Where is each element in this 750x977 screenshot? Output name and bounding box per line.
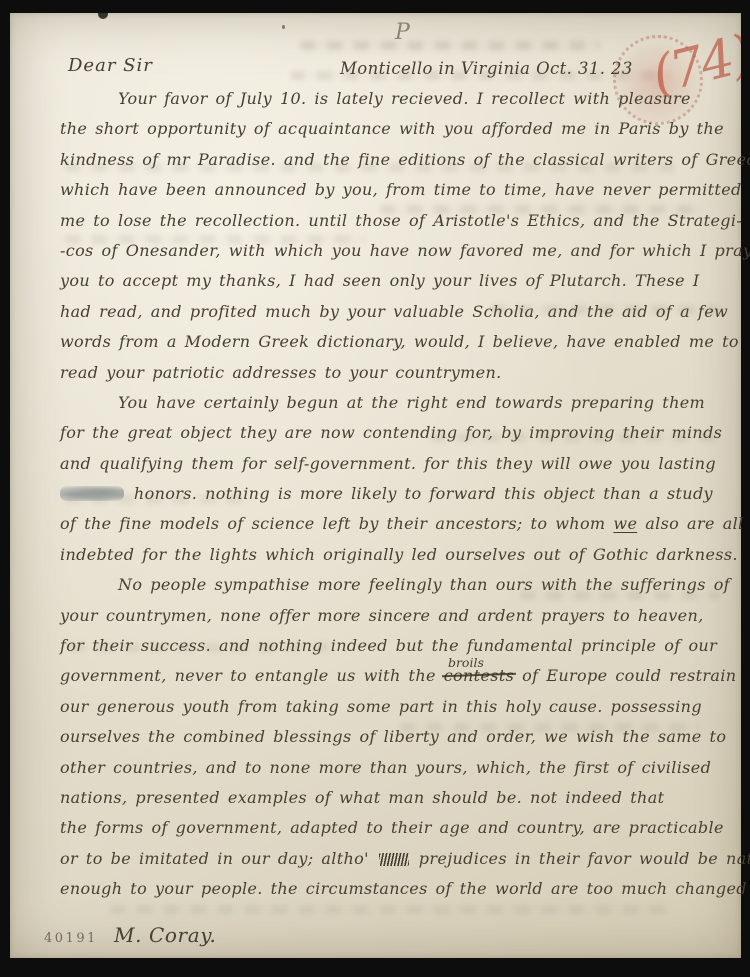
letter-text: of Europe could restrain — [514, 666, 736, 685]
scan-speck — [98, 13, 108, 19]
letter-text: our generous youth from taking some part… — [60, 697, 702, 716]
letter-line: for the great object they are now conten… — [60, 423, 733, 453]
letter-text: the forms of government, adapted to thei… — [60, 818, 724, 837]
letter-text: your countrymen, none offer more sincere… — [60, 606, 704, 625]
letter-line: enough to your people. the circumstances… — [60, 879, 733, 909]
scan-speck — [282, 25, 285, 29]
letter-text: honors. nothing is more likely to forwar… — [126, 484, 713, 503]
letter-text: other countries, and to none more than y… — [60, 758, 711, 777]
bleedthrough-line — [300, 41, 600, 50]
letter-text: ourselves the combined blessings of libe… — [60, 727, 726, 746]
letter-line: words from a Modern Greek dictionary, wo… — [60, 332, 733, 362]
letter-text: me to lose the recollection. until those… — [60, 211, 742, 230]
letter-line: you to accept my thanks, I had seen only… — [60, 271, 733, 301]
letter-text: also are all — [637, 514, 743, 533]
letter-text: government, never to entangle us with th… — [60, 666, 444, 685]
salutation: Dear Sir — [68, 55, 153, 76]
letter-line: the forms of government, adapted to thei… — [60, 818, 733, 848]
letter-text: for their success. and nothing indeed bu… — [60, 636, 717, 655]
letter-text: No people sympathise more feelingly than… — [118, 575, 730, 594]
letter-text: or to be imitated in our day; altho' — [60, 849, 377, 868]
letter-line: ourselves the combined blessings of libe… — [60, 727, 733, 757]
letter-line: or to be imitated in our day; altho' pre… — [60, 849, 733, 879]
letter-line: for their success. and nothing indeed bu… — [60, 636, 733, 666]
letter-text: indebted for the lights which originally… — [60, 545, 738, 564]
letter-text: prejudices in their favor would be natur… — [411, 849, 750, 868]
letter-text: which have been announced by you, from t… — [60, 180, 742, 199]
letter-page: P (74) Dear Sir Monticello in Virginia O… — [10, 13, 741, 958]
letter-line: government, never to entangle us with th… — [60, 666, 733, 696]
letter-line: nations, presented examples of what man … — [60, 788, 733, 818]
letter-line: which have been announced by you, from t… — [60, 180, 733, 210]
letter-line: your countrymen, none offer more sincere… — [60, 606, 733, 636]
letter-line: honors. nothing is more likely to forwar… — [60, 484, 733, 514]
letter-text: kindness of mr Paradise. and the fine ed… — [60, 150, 750, 169]
letter-line: had read, and profited much by your valu… — [60, 302, 733, 332]
letter-line: kindness of mr Paradise. and the fine ed… — [60, 150, 733, 180]
letter-text: You have certainly begun at the right en… — [118, 393, 705, 412]
letter-line: You have certainly begun at the right en… — [60, 393, 733, 423]
dateline: Monticello in Virginia Oct. 31. 23 — [340, 59, 633, 78]
letter-scan: { "page": { "background_color": "#0d0d0d… — [0, 0, 750, 977]
letter-line: of the fine models of science left by th… — [60, 514, 733, 544]
letter-text: enough to your people. the circumstances… — [60, 879, 747, 898]
letter-body: Your favor of July 10. is lately recieve… — [60, 89, 733, 910]
letter-text: read your patriotic addresses to your co… — [60, 363, 502, 382]
letter-text: Your favor of July 10. is lately recieve… — [118, 89, 691, 108]
letter-line: our generous youth from taking some part… — [60, 697, 733, 727]
archive-number: 40191 — [44, 931, 98, 946]
letter-text: for the great object they are now conten… — [60, 423, 722, 442]
pencil-mark: P — [395, 20, 410, 45]
scratched-out-word — [379, 853, 409, 866]
letter-text: of the fine models of science left by th… — [60, 514, 613, 533]
emphasized-word: we — [613, 514, 637, 533]
letter-line: indebted for the lights which originally… — [60, 545, 733, 575]
letter-text: nations, presented examples of what man … — [60, 788, 664, 807]
letter-text: and qualifying them for self-government.… — [60, 454, 716, 473]
letter-text: the short opportunity of acquaintance wi… — [60, 119, 724, 138]
struck-word: contests — [444, 666, 514, 685]
letter-text: had read, and profited much by your valu… — [60, 302, 728, 321]
letter-line: read your patriotic addresses to your co… — [60, 363, 733, 393]
letter-line: No people sympathise more feelingly than… — [60, 575, 733, 605]
letter-line: other countries, and to none more than y… — [60, 758, 733, 788]
letter-line: -cos of Onesander, with which you have n… — [60, 241, 733, 271]
letter-text: words from a Modern Greek dictionary, wo… — [60, 332, 739, 351]
letter-line: Your favor of July 10. is lately recieve… — [60, 89, 733, 119]
letter-line: and qualifying them for self-government.… — [60, 454, 733, 484]
letter-line: the short opportunity of acquaintance wi… — [60, 119, 733, 149]
letter-text: you to accept my thanks, I had seen only… — [60, 271, 700, 290]
erasure-smudge — [60, 486, 124, 501]
letter-text: -cos of Onesander, with which you have n… — [60, 241, 750, 260]
addressee-note: M. Coray. — [114, 923, 216, 947]
letter-line: me to lose the recollection. until those… — [60, 211, 733, 241]
